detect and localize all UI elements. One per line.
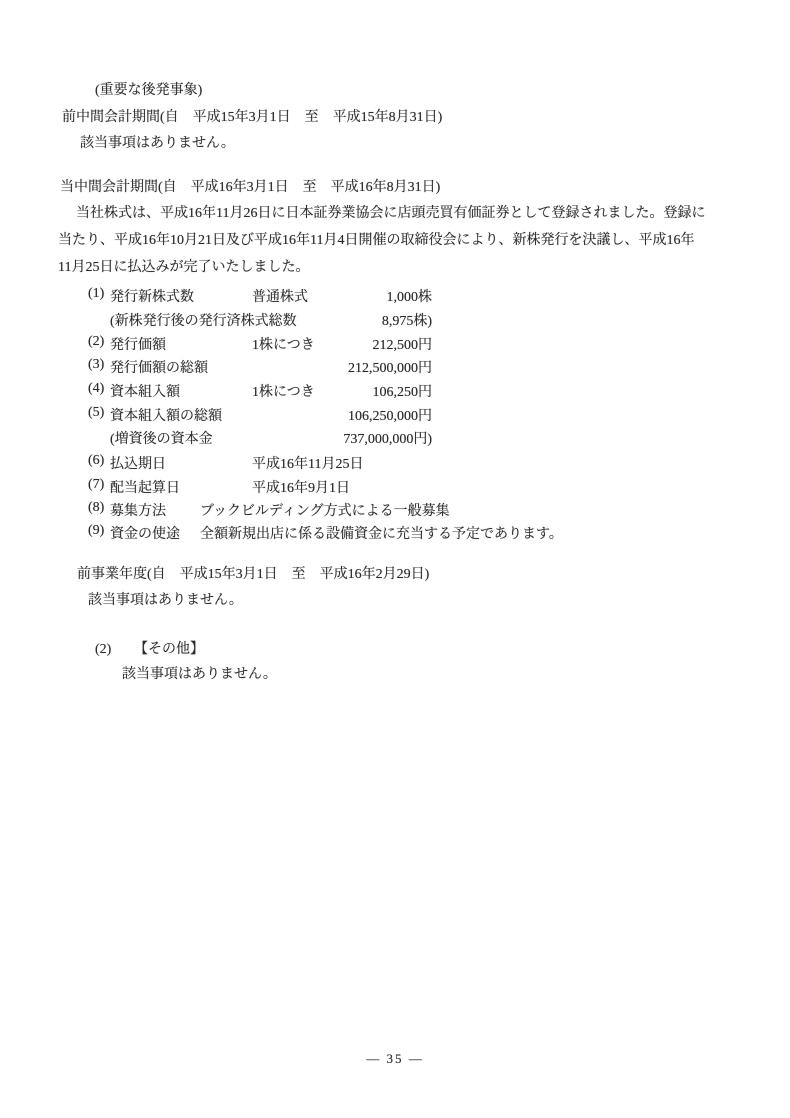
- item-label: 発行価額: [110, 334, 166, 354]
- list-item: (6) 払込期日 平成16年11月25日: [0, 453, 790, 471]
- item-value: 106,250,000円: [252, 405, 432, 425]
- list-item: (7) 配当起算日 平成16年9月1日: [0, 477, 790, 495]
- item-value: 106,250円: [252, 381, 432, 401]
- item-number: (5): [88, 405, 104, 421]
- item-middle: 平成16年11月25日: [252, 453, 363, 473]
- paragraph-line: 11月25日に払込みが完了いたしました。: [58, 260, 309, 276]
- item-label: 資金の使途: [110, 523, 180, 543]
- item-label: 資本組入額の総額: [110, 405, 222, 425]
- list-item: (2) 発行価額 1株につき 212,500円: [0, 334, 790, 352]
- prev-fiscal-year-note: 該当事項はありません。: [88, 593, 243, 609]
- item-number: (7): [88, 477, 104, 493]
- subsequent-events-heading: (重要な後発事象): [95, 83, 202, 99]
- item-middle: 全額新規出店に係る設備資金に充当する予定であります。: [200, 523, 563, 543]
- page-number: ― 35 ―: [0, 1051, 790, 1067]
- item-number: (9): [88, 523, 104, 539]
- item-number: (2): [88, 334, 104, 350]
- prev-interim-period-line: 前中間会計期間(自 平成15年3月1日 至 平成15年8月31日): [62, 110, 442, 126]
- list-item: (4) 資本組入額 1株につき 106,250円: [0, 381, 790, 399]
- list-item: (5) 資本組入額の総額 106,250,000円: [0, 405, 790, 423]
- prev-interim-note: 該当事項はありません。: [80, 136, 235, 152]
- list-item: (8) 募集方法 ブックビルディング方式による一般募集: [0, 500, 790, 518]
- document-page: (重要な後発事象) 前中間会計期間(自 平成15年3月1日 至 平成15年8月3…: [0, 0, 790, 1118]
- paragraph-line: 当たり、平成16年10月21日及び平成16年11月4日開催の取締役会により、新株…: [58, 233, 694, 249]
- item-label: 配当起算日: [110, 477, 180, 497]
- list-item: (9) 資金の使途 全額新規出店に係る設備資金に充当する予定であります。: [0, 523, 790, 541]
- item-number: (6): [88, 453, 104, 469]
- other-section-title: 【その他】: [134, 642, 204, 658]
- item-label: 払込期日: [110, 453, 166, 473]
- item-label: 募集方法: [110, 500, 166, 520]
- prev-fiscal-year-line: 前事業年度(自 平成15年3月1日 至 平成16年2月29日): [77, 567, 429, 583]
- item-number: (4): [88, 381, 104, 397]
- item-value: 212,500,000円: [252, 357, 432, 377]
- list-item: (3) 発行価額の総額 212,500,000円: [0, 357, 790, 375]
- paragraph-line: 当社株式は、平成16年11月26日に日本証券業協会に店頭売買有価証券として登録さ…: [62, 206, 705, 222]
- other-section-note: 該当事項はありません。: [122, 667, 277, 683]
- item-label: 資本組入額: [110, 381, 180, 401]
- list-item: (1) 発行新株式数 普通株式 1,000株: [0, 286, 790, 304]
- item-number: (3): [88, 357, 104, 373]
- item-value: 212,500円: [252, 334, 432, 354]
- item-value: 8,975株): [252, 310, 432, 330]
- item-middle: 平成16年9月1日: [252, 477, 350, 497]
- item-number: (8): [88, 500, 104, 516]
- item-label: 発行価額の総額: [110, 357, 208, 377]
- item-value: 1,000株: [252, 286, 432, 306]
- item-value: 737,000,000円): [252, 428, 432, 448]
- other-section-number: (2): [95, 642, 111, 658]
- item-label: (増資後の資本金: [110, 428, 213, 448]
- item-number: (1): [88, 286, 104, 302]
- item-label: 発行新株式数: [110, 286, 194, 306]
- list-item: (増資後の資本金 737,000,000円): [0, 428, 790, 446]
- list-item: (新株発行後の発行済株式総数 8,975株): [0, 310, 790, 328]
- item-middle: ブックビルディング方式による一般募集: [200, 500, 450, 520]
- current-interim-period-line: 当中間会計期間(自 平成16年3月1日 至 平成16年8月31日): [60, 180, 440, 196]
